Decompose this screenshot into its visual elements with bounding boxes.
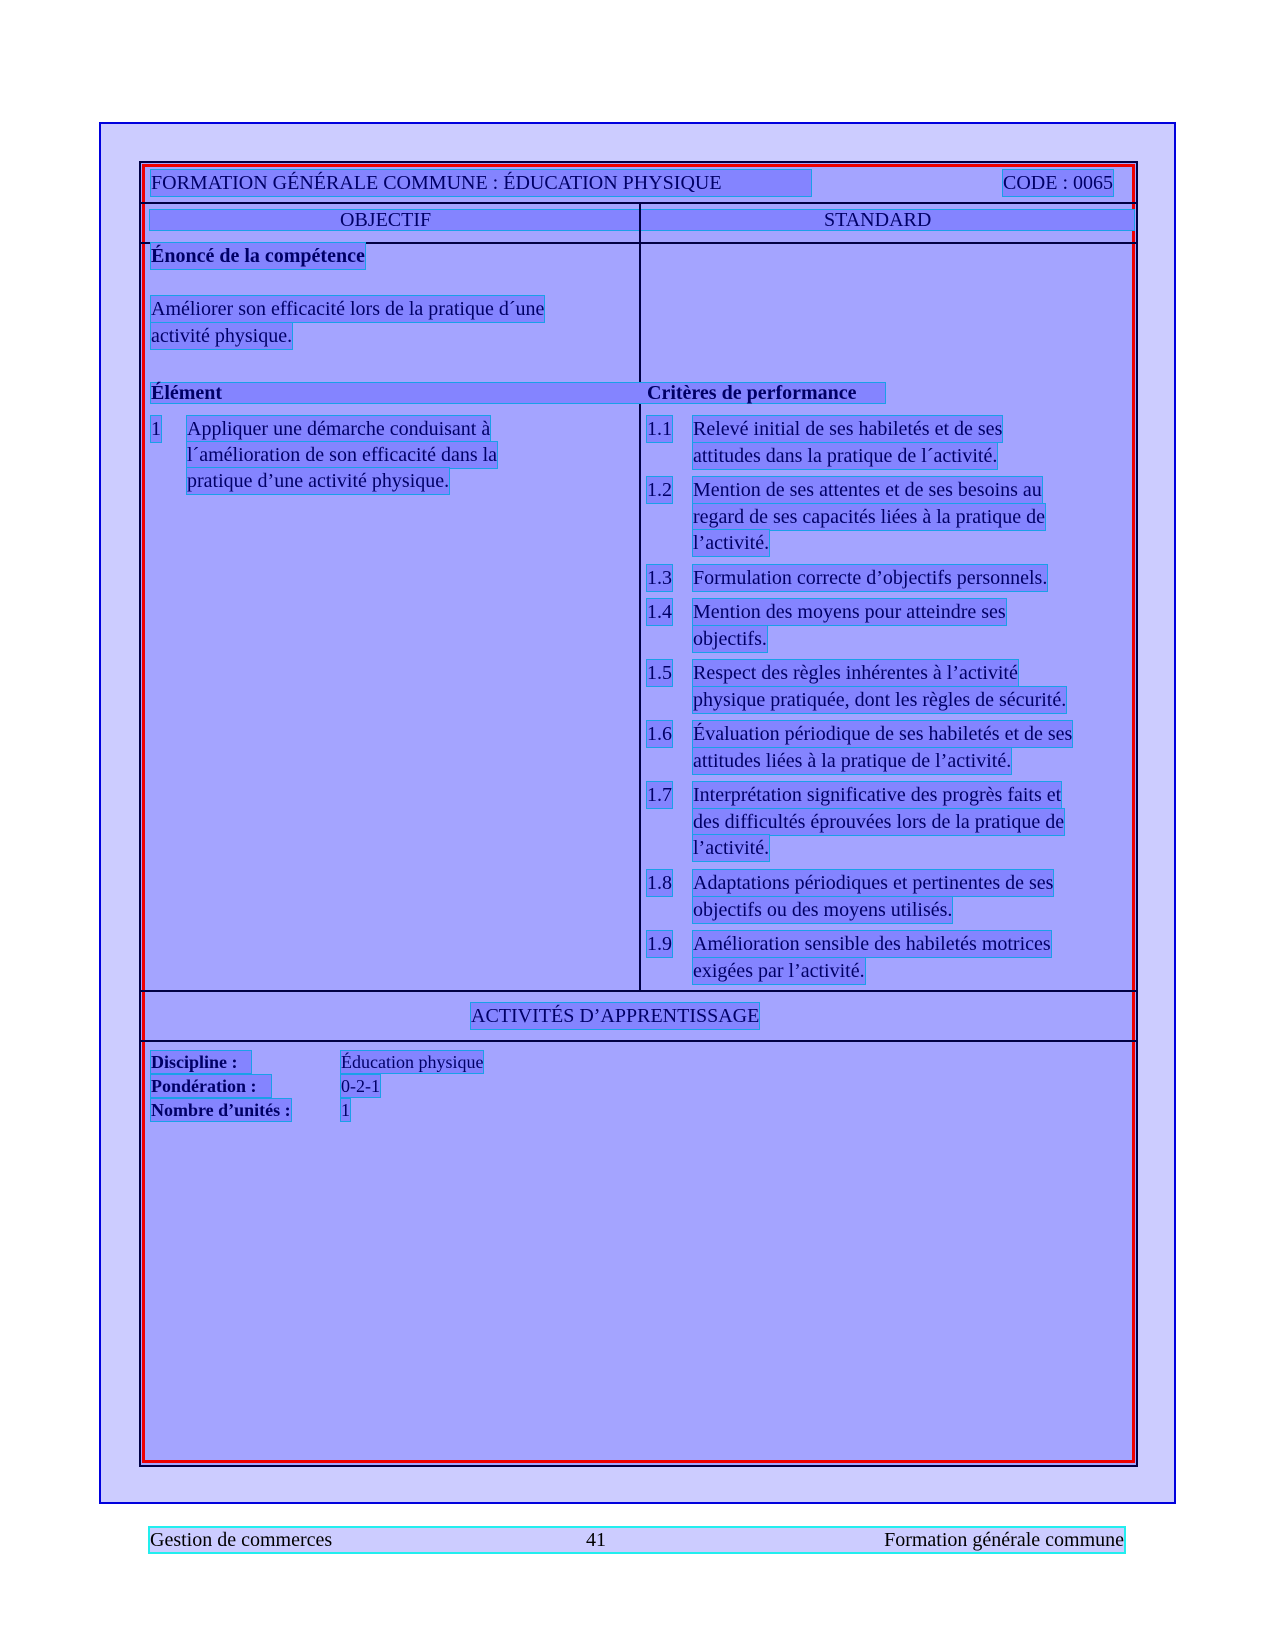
criterion-text: Respect des règles inhérentes à l’activi… (693, 660, 1018, 686)
criterion-number: 1.7 (647, 782, 672, 808)
criterion-number: 1.4 (647, 599, 672, 625)
criterion-text: Formulation correcte d’objectifs personn… (693, 565, 1047, 591)
criterion-number: 1.5 (647, 660, 672, 686)
field-label-discipline: Discipline : (151, 1051, 251, 1073)
criterion-number: 1.6 (647, 721, 672, 747)
competence-heading: Énoncé de la compétence (151, 243, 365, 269)
criterion-text: regard de ses capacités liées à la prati… (693, 504, 1045, 530)
criterion-text: l’activité. (693, 835, 769, 861)
field-value-unites: 1 (341, 1099, 350, 1121)
criterion-text: Amélioration sensible des habiletés motr… (693, 931, 1051, 957)
page-footer: Gestion de commerces 41 Formation généra… (150, 1528, 1124, 1552)
criterion-text: attitudes dans la pratique de l´activité… (693, 443, 997, 469)
divider (141, 990, 1136, 992)
column-standard: STANDARD (824, 207, 931, 233)
element-line: l´amélioration de son efficacité dans la (187, 442, 497, 468)
page-number: 41 (586, 1528, 606, 1552)
criterion-number: 1.3 (647, 565, 672, 591)
criterion-text: objectifs. (693, 626, 767, 652)
footer-program: Gestion de commerces (150, 1528, 332, 1552)
field-label-unites: Nombre d’unités : (151, 1099, 291, 1121)
competence-line: activité physique. (151, 323, 292, 349)
field-value-ponderation: 0-2-1 (341, 1075, 380, 1097)
criteria-heading: Critères de performance (647, 380, 857, 406)
criterion-number: 1.2 (647, 477, 672, 503)
footer-section: Formation générale commune (884, 1528, 1124, 1552)
element-line: Appliquer une démarche conduisant à (187, 416, 490, 442)
course-code: CODE : 0065 (1003, 170, 1113, 196)
element-number: 1 (151, 416, 161, 442)
criterion-text: exigées par l’activité. (693, 958, 865, 984)
column-divider (639, 202, 641, 990)
divider (141, 1040, 1136, 1042)
field-label-ponderation: Pondération : (151, 1075, 271, 1097)
column-objectif: OBJECTIF (340, 207, 431, 233)
criterion-number: 1.8 (647, 870, 672, 896)
element-line: pratique d’une activité physique. (187, 468, 449, 494)
field-value-discipline: Éducation physique (341, 1051, 483, 1073)
criterion-text: Mention de ses attentes et de ses besoin… (693, 477, 1042, 503)
criterion-text: Adaptations périodiques et pertinentes d… (693, 870, 1053, 896)
criterion-text: Mention des moyens pour atteindre ses (693, 599, 1006, 625)
criterion-text: objectifs ou des moyens utilisés. (693, 897, 952, 923)
table-title: FORMATION GÉNÉRALE COMMUNE : ÉDUCATION P… (151, 170, 811, 196)
element-heading: Élément (151, 380, 222, 406)
competence-line: Améliorer son efficacité lors de la prat… (151, 296, 544, 322)
criterion-text: Relevé initial de ses habiletés et de se… (693, 416, 1002, 442)
criterion-text: physique pratiquée, dont les règles de s… (693, 687, 1066, 713)
criterion-text: Évaluation périodique de ses habiletés e… (693, 721, 1072, 747)
column-header-band (150, 210, 1134, 230)
criterion-number: 1.1 (647, 416, 672, 442)
criterion-text: des difficultés éprouvées lors de la pra… (693, 809, 1064, 835)
criterion-text: Interprétation significative des progrès… (693, 782, 1061, 808)
criterion-text: attitudes liées à la pratique de l’activ… (693, 748, 1011, 774)
activites-heading: ACTIVITÉS D’APPRENTISSAGE (471, 1003, 759, 1029)
criterion-number: 1.9 (647, 931, 672, 957)
criterion-text: l’activité. (693, 530, 769, 556)
